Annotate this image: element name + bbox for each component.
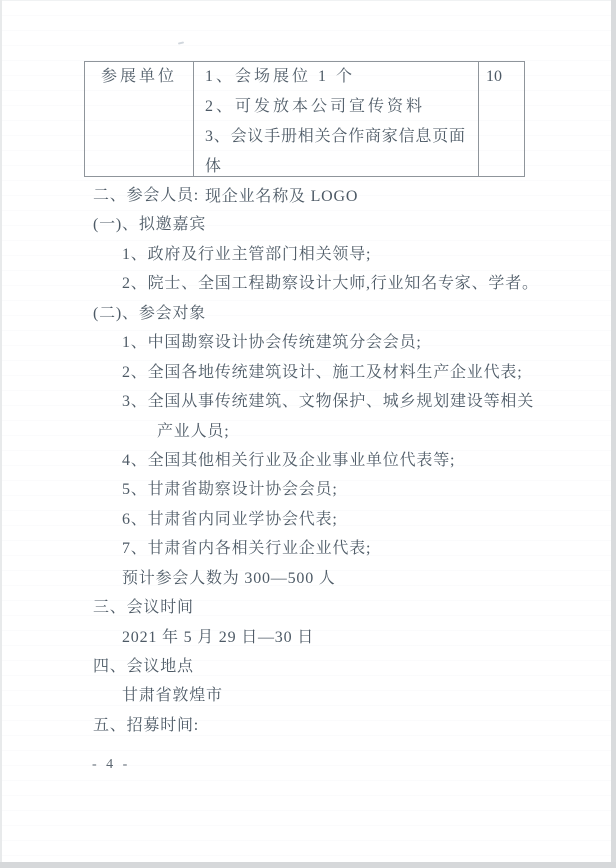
- section-heading-meeting-place: 四、会议地点: [0, 652, 616, 681]
- table-cell-amount: 10: [479, 62, 524, 176]
- benefit-line: 1、会场展位 1 个: [205, 62, 478, 92]
- meeting-date: 2021 年 5 月 29 日—30 日: [0, 623, 616, 652]
- amount-value: 10: [486, 68, 502, 85]
- list-item: 1、中国勘察设计协会传统建筑分会会员;: [0, 328, 616, 357]
- section-heading-participants: 二、参会人员:: [0, 181, 616, 210]
- expected-attendance-note: 预计参会人数为 300—500 人: [0, 564, 616, 593]
- exhibitor-benefits-table: 参展单位 1、会场展位 1 个 2、可发放本公司宣传资料 3、会议手册相关合作商…: [84, 61, 525, 177]
- section-heading-recruit-time: 五、招募时间:: [0, 711, 616, 740]
- page-edge-top: [0, 0, 616, 1]
- category-label: 参展单位: [101, 68, 177, 85]
- scanned-document-page: { "table": { "rows": [ { "category": "参展…: [0, 0, 616, 868]
- document-body: 二、参会人员: (一)、拟邀嘉宾 1、政府及行业主管部门相关领导; 2、院士、全…: [0, 181, 616, 740]
- list-item: 6、甘肃省内同业学协会代表;: [0, 505, 616, 534]
- list-item: 4、全国其他相关行业及企业事业单位代表等;: [0, 446, 616, 475]
- section-heading-meeting-time: 三、会议时间: [0, 593, 616, 622]
- subsection-invited-guests: (一)、拟邀嘉宾: [0, 210, 616, 239]
- list-item: 5、甘肃省勘察设计协会会员;: [0, 475, 616, 504]
- list-item: 2、院士、全国工程勘察设计大师,行业知名专家、学者。: [0, 269, 616, 298]
- subsection-attendee-targets: (二)、参会对象: [0, 299, 616, 328]
- list-item: 3、全国从事传统建筑、文物保护、城乡规划建设等相关: [0, 387, 616, 416]
- list-item: 1、政府及行业主管部门相关领导;: [0, 240, 616, 269]
- list-item: 7、甘肃省内各相关行业企业代表;: [0, 534, 616, 563]
- list-item-continuation: 产业人员;: [0, 417, 616, 446]
- page-number: - 4 -: [92, 757, 130, 773]
- benefit-line: 2、可发放本公司宣传资料: [205, 92, 478, 122]
- list-item: 2、全国各地传统建筑设计、施工及材料生产企业代表;: [0, 358, 616, 387]
- table-cell-benefits: 1、会场展位 1 个 2、可发放本公司宣传资料 3、会议手册相关合作商家信息页面…: [194, 62, 479, 176]
- benefit-line: 3、会议手册相关合作商家信息页面体: [205, 122, 478, 182]
- scan-smudge-artifact: [178, 41, 184, 44]
- table-cell-category: 参展单位: [85, 62, 194, 176]
- page-edge-bottom: [0, 862, 616, 868]
- meeting-location: 甘肃省敦煌市: [0, 681, 616, 710]
